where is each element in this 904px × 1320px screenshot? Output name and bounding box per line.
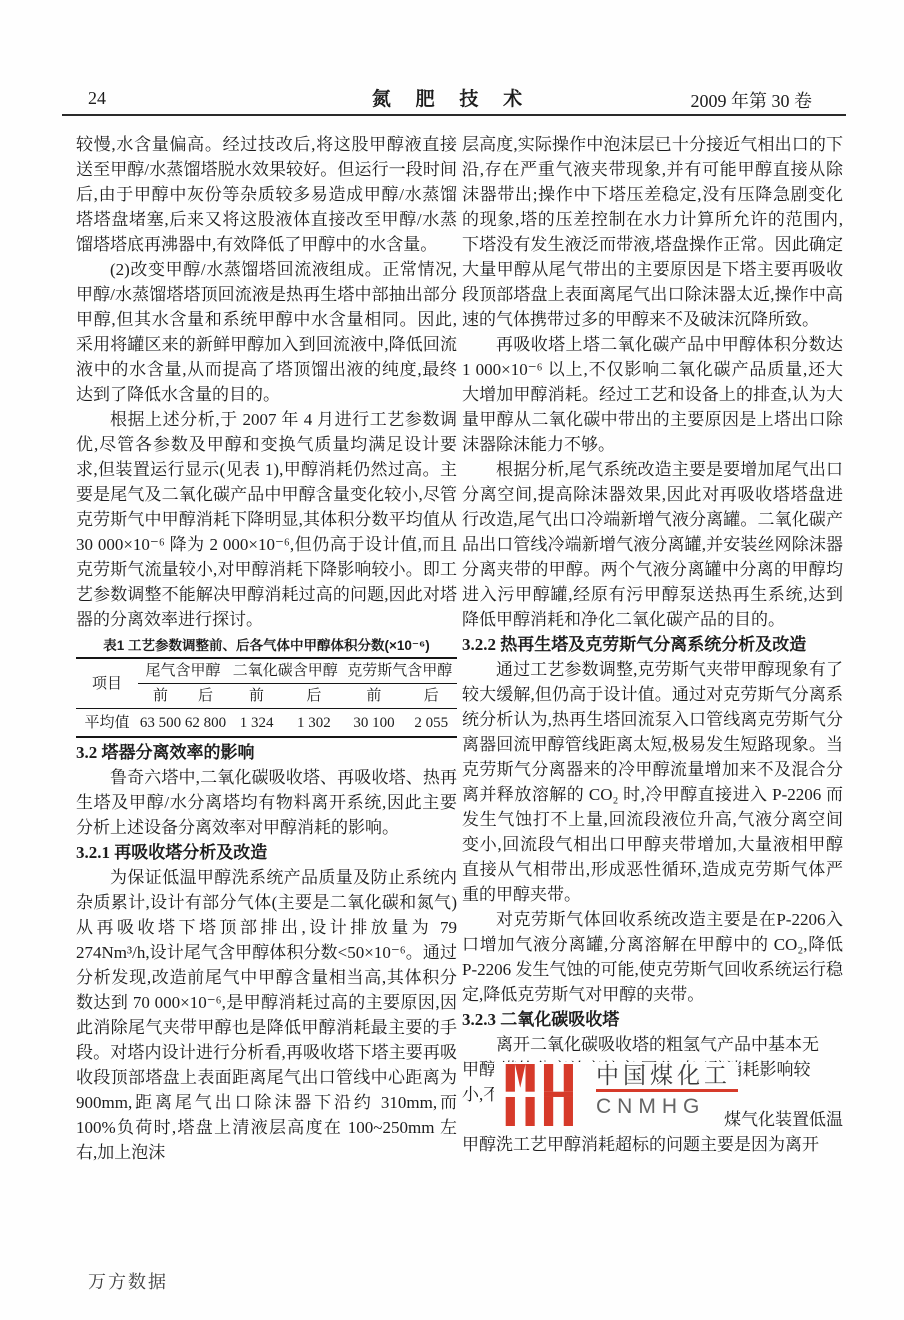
tail-text-block: 离开二氧化碳吸收塔的粗氢气产品中基本无 甲醇,塔的分离效率较高,因此对甲醇消耗影… xyxy=(462,1032,843,1157)
volume-info: 2009 年第 30 卷 xyxy=(691,87,813,113)
header-rule xyxy=(62,114,846,116)
table-subheader: 前 xyxy=(228,684,285,709)
paragraph-3-2-1: 为保证低温甲醇洗系统产品质量及防止系统内杂质累计,设计有部分气体(主要是二氧化碳… xyxy=(76,865,457,1165)
paragraph-reflux: (2)改变甲醇/水蒸馏塔回流液组成。正常情况,甲醇/水蒸馏塔塔顶回流液是热再生塔… xyxy=(76,257,457,407)
table-subheader: 前 xyxy=(342,684,405,709)
wanfang-data-label: 万方数据 xyxy=(88,1268,168,1294)
heading-3-2-1: 3.2.1 再吸收塔分析及改造 xyxy=(76,840,457,865)
table-header-item: 项目 xyxy=(76,658,138,709)
heading-3-2: 3.2 塔器分离效率的影响 xyxy=(76,740,457,765)
table-subheader: 后 xyxy=(183,684,228,709)
table-cell: 1 302 xyxy=(285,709,342,738)
table-row-label: 平均值 xyxy=(76,709,138,738)
paragraph-continuation: 较慢,水含量偏高。经过技改后,将这股甲醇液直接送至甲醇/水蒸馏塔脱水效果较好。但… xyxy=(76,132,457,257)
heading-3-2-2: 3.2.2 热再生塔及克劳斯气分离系统分析及改造 xyxy=(462,632,843,657)
table-row: 平均值 63 500 62 800 1 324 1 302 30 100 2 0… xyxy=(76,709,457,738)
table-1: 项目 尾气含甲醇 二氧化碳含甲醇 克劳斯气含甲醇 前 后 前 后 前 后 xyxy=(76,657,457,738)
journal-page: 24 氮 肥 技 术 2009 年第 30 卷 较慢,水含量偏高。经过技改后,将… xyxy=(0,0,904,1320)
table-subheader: 前 xyxy=(138,684,183,709)
paragraph-claus: 通过工艺参数调整,克劳斯气夹带甲醇现象有了较大缓解,但仍高于设计值。通过对克劳斯… xyxy=(462,657,843,907)
paragraph-co2-product: 再吸收塔上塔二氧化碳产品中甲醇体积分数达 1 000×10⁻⁶ 以上,不仅影响二… xyxy=(462,332,843,457)
table-header-co2: 二氧化碳含甲醇 xyxy=(228,658,343,684)
paragraph-claus-reform: 对克劳斯气体回收系统改造主要是在P-2206入口增加气液分离罐,分离溶解在甲醇中… xyxy=(462,907,843,1007)
tail-line: 甲醇洗工艺甲醇消耗超标的问题主要是因为离开 xyxy=(462,1132,843,1157)
tail-line-fragment: 煤气化装置低温 xyxy=(462,1107,843,1132)
watermark-underline xyxy=(596,1089,738,1092)
table-1-block: 表1 工艺参数调整前、后各气体中甲醇体积分数(×10⁻⁶) 项目 尾气含甲醇 二… xyxy=(76,635,457,738)
watermark-name-cn: 中国煤化工 xyxy=(596,1062,738,1088)
paragraph-adjust: 根据上述分析,于 2007 年 4 月进行工艺参数调优,尽管各参数及甲醇和变换气… xyxy=(76,407,457,632)
table-subheader: 后 xyxy=(405,684,457,709)
heading-3-2-3: 3.2.3 二氧化碳吸收塔 xyxy=(462,1007,843,1032)
table-header-claus: 克劳斯气含甲醇 xyxy=(342,658,457,684)
table-cell: 63 500 xyxy=(138,709,183,738)
table-header-tailgas: 尾气含甲醇 xyxy=(138,658,228,684)
table-subheader: 后 xyxy=(285,684,342,709)
left-column: 较慢,水含量偏高。经过技改后,将这股甲醇液直接送至甲醇/水蒸馏塔脱水效果较好。但… xyxy=(76,132,457,1165)
table-1-title: 表1 工艺参数调整前、后各气体中甲醇体积分数(×10⁻⁶) xyxy=(76,635,457,657)
table-cell: 1 324 xyxy=(228,709,285,738)
table-group-header-row: 项目 尾气含甲醇 二氧化碳含甲醇 克劳斯气含甲醇 xyxy=(76,658,457,684)
paragraph-3-2: 鲁奇六塔中,二氧化碳吸收塔、再吸收塔、热再生塔及甲醇/水分离塔均有物料离开系统,… xyxy=(76,765,457,840)
paragraph-foam: 层高度,实际操作中泡沫层已十分接近气相出口的下沿,存在严重气液夹带现象,并有可能… xyxy=(462,132,843,332)
table-cell: 62 800 xyxy=(183,709,228,738)
right-column: 层高度,实际操作中泡沫层已十分接近气相出口的下沿,存在严重气液夹带现象,并有可能… xyxy=(462,132,843,1157)
tail-line: 离开二氧化碳吸收塔的粗氢气产品中基本无 xyxy=(462,1032,843,1057)
paragraph-tailgas-reform: 根据分析,尾气系统改造主要是要增加尾气出口分离空间,提高除沫器效果,因此对再吸收… xyxy=(462,457,843,632)
table-cell: 2 055 xyxy=(405,709,457,738)
table-cell: 30 100 xyxy=(342,709,405,738)
